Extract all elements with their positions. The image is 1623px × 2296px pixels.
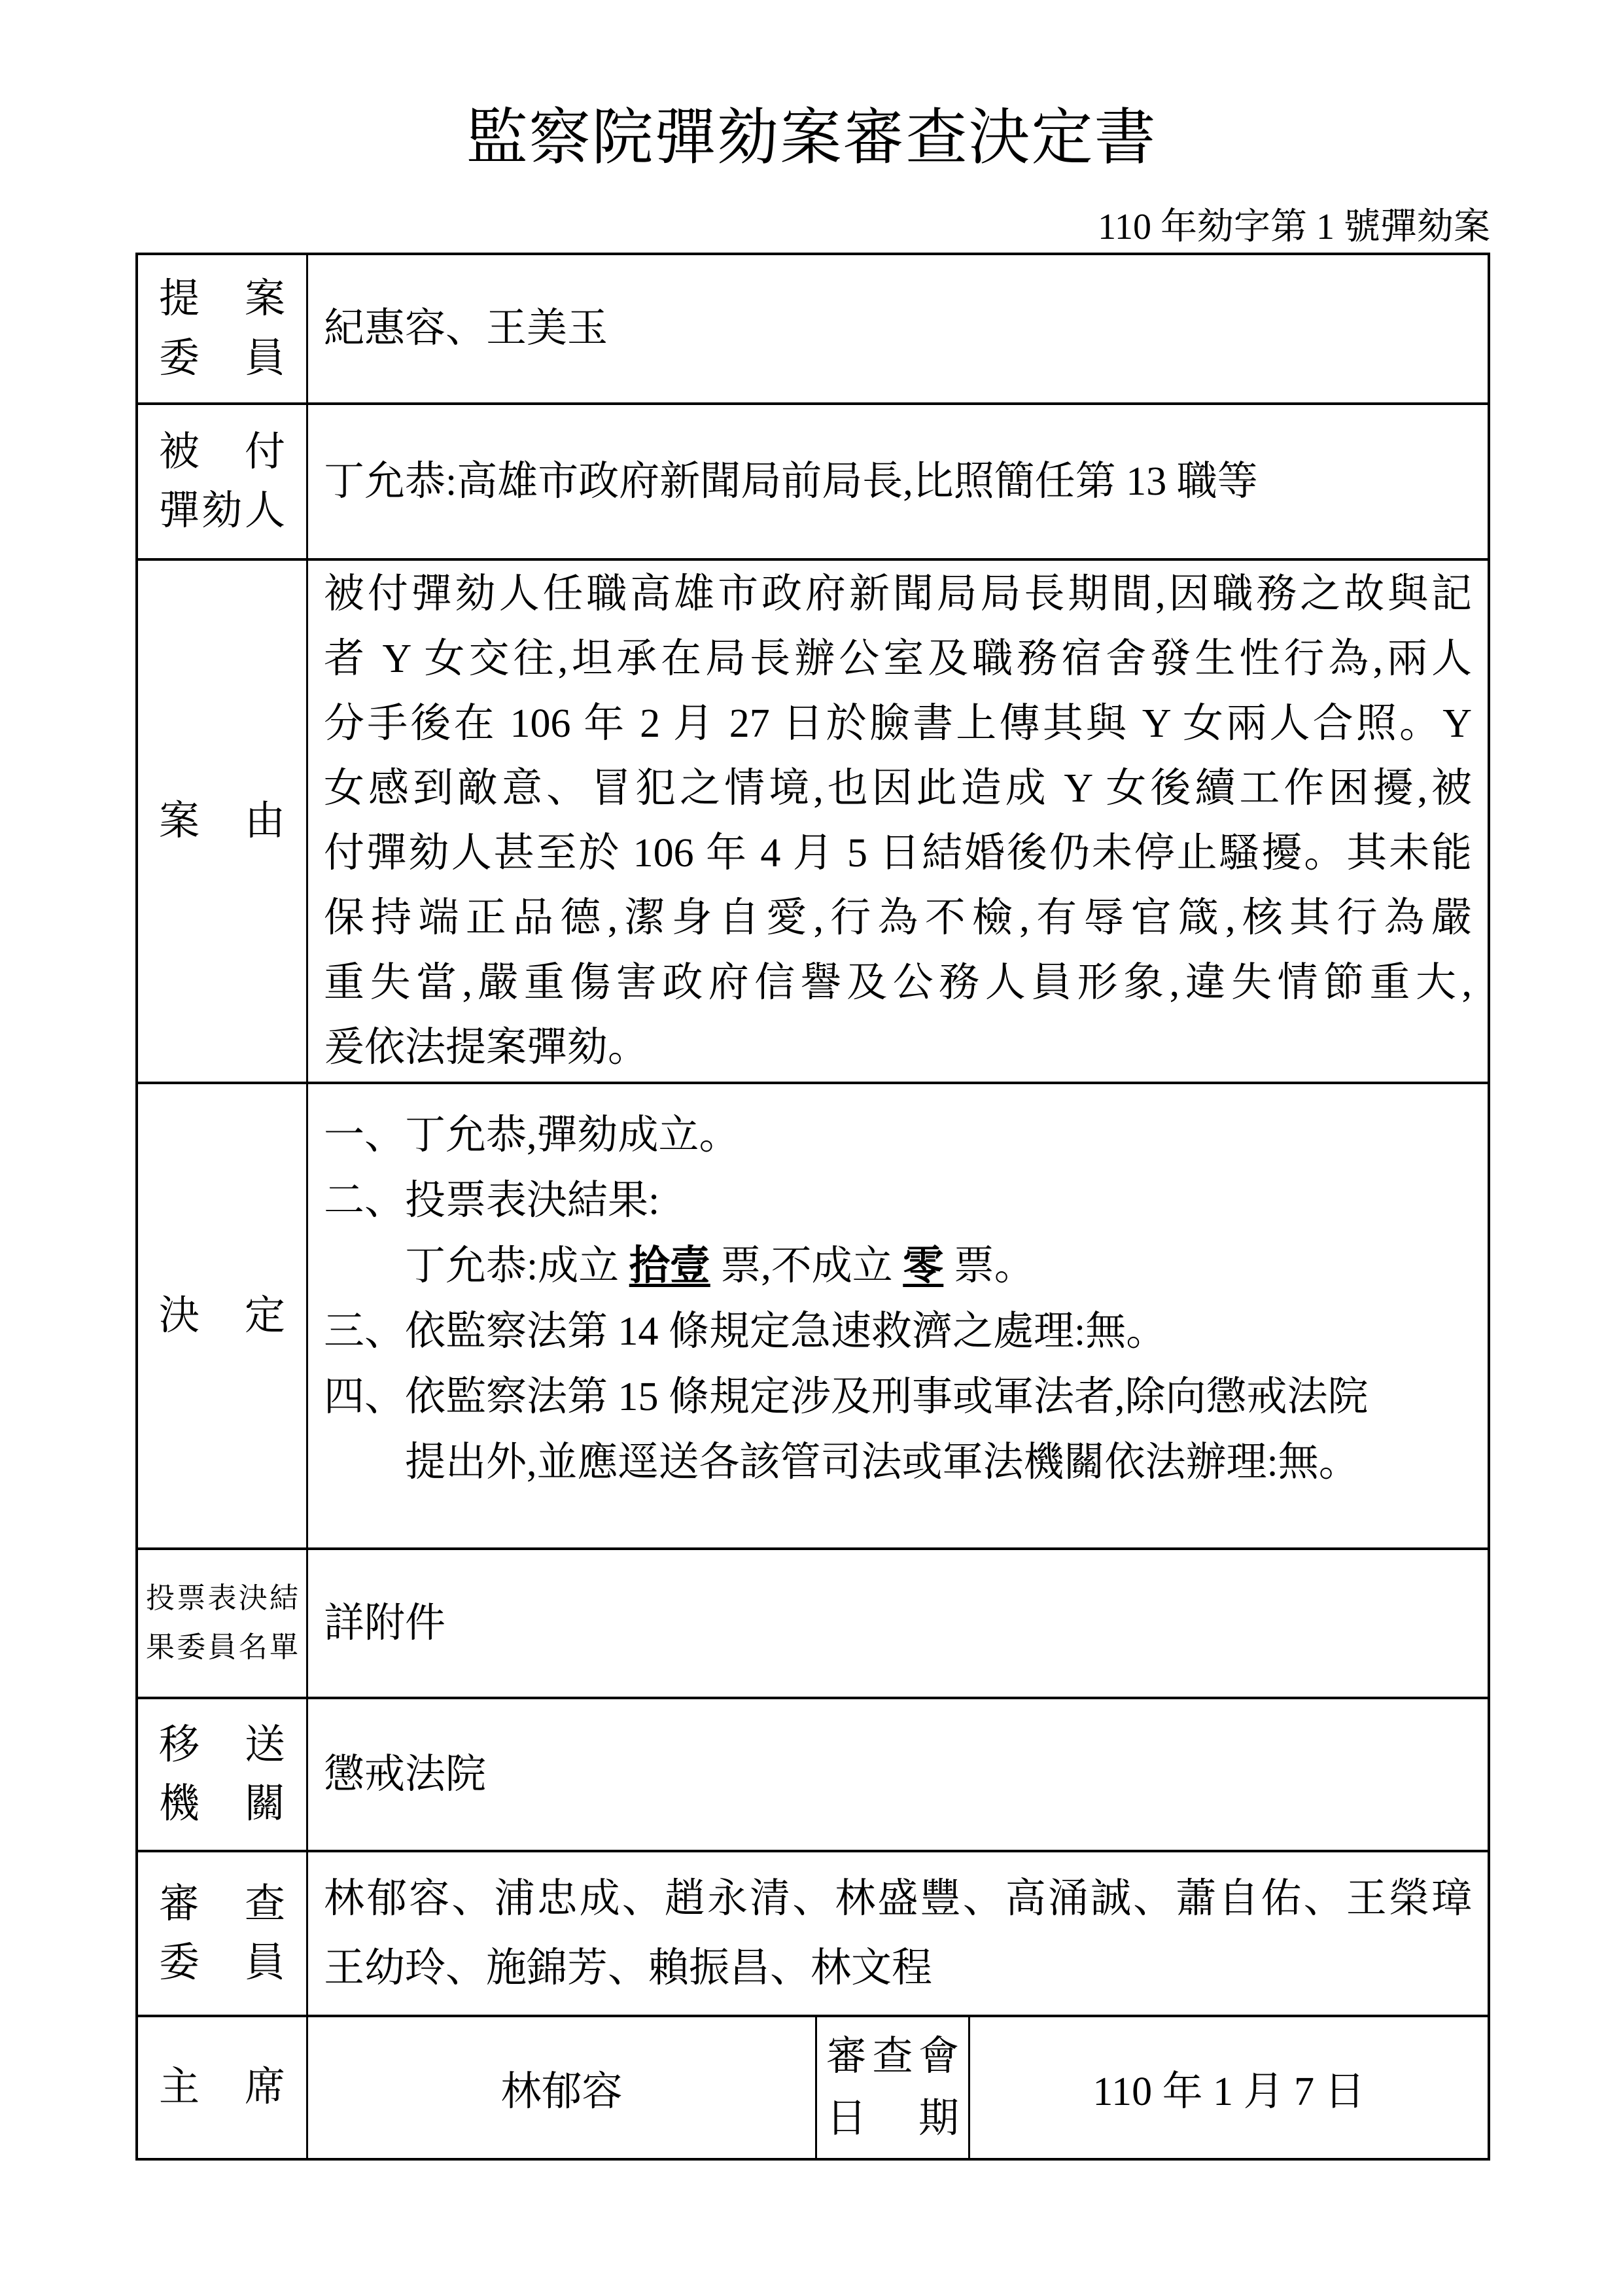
label-line: 案由 (159, 797, 285, 845)
chair-name: 林郁容 (308, 2017, 817, 2158)
label-line: 委員 (159, 1939, 285, 1987)
label-line: 日期 (826, 2094, 959, 2143)
row-impeached-person: 被付 彈劾人 丁允恭:高雄市政府新聞局前局長,比照簡任第 13 職等 (138, 402, 1488, 558)
document-page: 監察院彈劾案審查決定書 110 年劾字第 1 號彈劾案 提案 委員 紀惠容、王美… (0, 0, 1623, 2296)
row-review-members: 審查 委員 林郁容、浦忠成、趙永清、林盛豐、高涌誠、蕭自佑、王榮璋 王幼玲、施錦… (138, 1850, 1488, 2015)
review-members-line: 林郁容、浦忠成、趙永清、林盛豐、高涌誠、蕭自佑、王榮璋 (324, 1864, 1472, 1934)
row-case-summary: 案由 被付彈劾人任職高雄市政府新聞局局長期間,因職務之故與記 者 Y 女交往,坦… (138, 558, 1488, 1082)
label-line: 移送 (159, 1721, 285, 1769)
case-summary-line: 分手後在 106 年 2 月 27 日於臉書上傳其與 Y 女兩人合照。Y (324, 692, 1472, 756)
value-review-members: 林郁容、浦忠成、趙永清、林盛豐、高涌誠、蕭自佑、王榮璋 王幼玲、施錦芳、賴振昌、… (308, 1852, 1488, 2015)
row-decision: 決定 一、丁允恭,彈劾成立。 二、投票表決結果: 丁允恭:成立 拾壹 票,不成立… (138, 1082, 1488, 1547)
case-summary-line: 者 Y 女交往,坦承在局長辦公室及職務宿舍發生性行為,兩人 (324, 627, 1472, 692)
label-line: 審查會 (826, 2032, 959, 2081)
label-proposing-members: 提案 委員 (138, 255, 308, 402)
label-chair: 主席 (138, 2017, 308, 2158)
transfer-agency-text: 懲戒法院 (324, 1742, 1472, 1807)
decision-item: 三、依監察法第 14 條規定急速救濟之處理:無。 (324, 1299, 1472, 1364)
vote-roster-text: 詳附件 (324, 1591, 1472, 1656)
vote-post: 票。 (943, 1244, 1035, 1288)
case-summary-line: 付彈劾人甚至於 106 年 4 月 5 日結婚後仍未停止騷擾。其未能 (324, 821, 1472, 886)
label-line: 委員 (159, 334, 285, 383)
case-summary-line: 保持端正品德,潔身自愛,行為不檢,有辱官箴,核其行為嚴 (324, 886, 1472, 951)
label-impeached-person: 被付 彈劾人 (138, 405, 308, 558)
label-line: 機關 (159, 1780, 285, 1828)
case-summary-line: 被付彈劾人任職高雄市政府新聞局局長期間,因職務之故與記 (324, 562, 1472, 627)
decision-item: 一、丁允恭,彈劾成立。 (324, 1103, 1472, 1168)
label-vote-roster: 投票表決結 果委員名單 (138, 1550, 308, 1697)
review-members-line: 王幼玲、施錦芳、賴振昌、林文程 (324, 1934, 1472, 2003)
decision-item-continued: 提出外,並應逕送各該管司法或軍法機關依法辦理:無。 (324, 1430, 1472, 1495)
value-transfer-agency: 懲戒法院 (308, 1699, 1488, 1850)
value-vote-roster: 詳附件 (308, 1550, 1488, 1697)
label-line: 提案 (159, 275, 285, 323)
row-vote-roster: 投票表決結 果委員名單 詳附件 (138, 1547, 1488, 1697)
label-line: 被付 (159, 428, 285, 476)
label-line: 投票表決結 (146, 1581, 298, 1616)
label-case-summary: 案由 (138, 561, 308, 1082)
row-proposing-members: 提案 委員 紀惠容、王美玉 (138, 255, 1488, 402)
row-transfer-agency: 移送 機關 懲戒法院 (138, 1697, 1488, 1850)
value-decision: 一、丁允恭,彈劾成立。 二、投票表決結果: 丁允恭:成立 拾壹 票,不成立 零 … (308, 1084, 1488, 1547)
case-summary-line: 爰依法提案彈劾。 (324, 1016, 1472, 1080)
votes-for: 拾壹 (629, 1244, 710, 1288)
label-decision: 決定 (138, 1084, 308, 1547)
proposers-names: 紀惠容、王美玉 (324, 296, 1472, 361)
review-date: 110 年 1 月 7 日 (970, 2017, 1488, 2158)
label-line: 決定 (159, 1292, 285, 1340)
case-summary-line: 女感到敵意、冒犯之情境,也因此造成 Y 女後續工作困擾,被 (324, 756, 1472, 821)
vote-mid: 票,不成立 (710, 1244, 903, 1288)
label-transfer-agency: 移送 機關 (138, 1699, 308, 1850)
value-impeached-person: 丁允恭:高雄市政府新聞局前局長,比照簡任第 13 職等 (308, 405, 1488, 558)
value-proposing-members: 紀惠容、王美玉 (308, 255, 1488, 402)
value-case-summary: 被付彈劾人任職高雄市政府新聞局局長期間,因職務之故與記 者 Y 女交往,坦承在局… (308, 561, 1488, 1082)
case-summary-line: 重失當,嚴重傷害政府信譽及公務人員形象,違失情節重大, (324, 951, 1472, 1016)
label-review-date: 審查會 日期 (817, 2017, 970, 2158)
decision-table: 提案 委員 紀惠容、王美玉 被付 彈劾人 丁允恭:高雄市政府新聞局前局長,比照簡… (135, 253, 1490, 2161)
impeached-person-text: 丁允恭:高雄市政府新聞局前局長,比照簡任第 13 職等 (324, 450, 1472, 514)
label-line: 果委員名單 (146, 1631, 298, 1665)
case-number: 110 年劾字第 1 號彈劾案 (1098, 205, 1490, 249)
label-line: 主席 (159, 2063, 285, 2111)
decision-item: 四、依監察法第 15 條規定涉及刑事或軍法者,除向懲戒法院 (324, 1364, 1472, 1430)
vote-pre: 丁允恭:成立 (405, 1244, 629, 1288)
label-line: 審查 (159, 1880, 285, 1928)
decision-item: 二、投票表決結果: (324, 1168, 1472, 1233)
decision-vote-result: 丁允恭:成立 拾壹 票,不成立 零 票。 (324, 1233, 1472, 1299)
row-chair: 主席 林郁容 審查會 日期 110 年 1 月 7 日 (138, 2015, 1488, 2158)
label-review-members: 審查 委員 (138, 1852, 308, 2015)
label-line: 彈劾人 (159, 487, 285, 535)
votes-against: 零 (903, 1244, 943, 1288)
document-title: 監察院彈劾案審查決定書 (0, 98, 1623, 178)
